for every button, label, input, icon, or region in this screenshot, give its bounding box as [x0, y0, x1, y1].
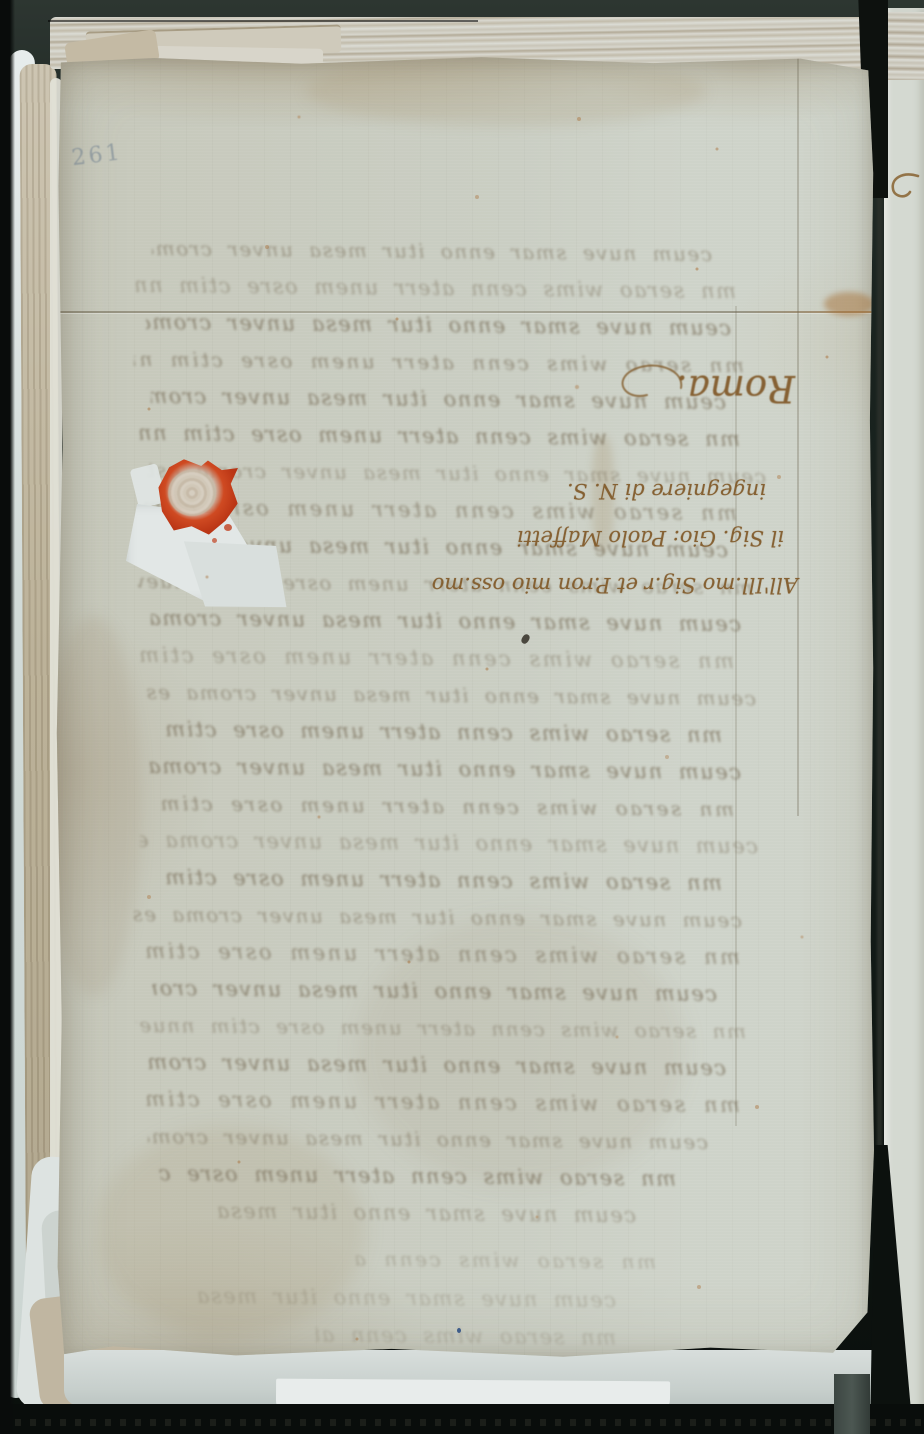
address-block: All'Ill.mo Sig.r et P.ron mio oss.mo il … [492, 452, 798, 608]
pencil-folio-number: 261 [70, 138, 143, 178]
manuscript-page: ceum nuve smar enno itur mesa unver crom… [56, 56, 874, 1358]
bleedthrough-line: ceum nuve smar enno itur mesa unver crom… [152, 976, 717, 1008]
archive-manuscript-photo: ceum nuve smar enno itur mesa unver crom… [0, 0, 924, 1434]
fold-crease-highlight [56, 313, 874, 314]
wax-speck [224, 524, 232, 531]
bleedthrough-line: ceum nuve smar enno itur mesa unver crom… [134, 902, 742, 934]
bleedthrough-line: mn serao wims cenn aterr unem osre ctim … [144, 939, 740, 971]
scan-left-border [0, 0, 15, 1434]
bleedthrough-line: mn serao wims cenn aterr unem osre ctim … [136, 1013, 746, 1045]
crease-stain [824, 292, 874, 316]
stack-shadow-line [48, 20, 478, 22]
bleedthrough-line: ceum nuve smar enno itur mesa unver crom… [144, 680, 756, 712]
table-leg [834, 1374, 870, 1434]
address-line: il Sig. Gio: Paolo Maffetti [492, 514, 784, 561]
bleedthrough-line: mn serao wims cenn aterr unem osre ctim … [146, 791, 734, 823]
bleedthrough-line: mn serao wims cenn aterr unem osre ctim … [156, 1161, 676, 1192]
bleedthrough-line: mn serao wims cenn aterr unem osre ctim … [152, 717, 722, 749]
bleedthrough-line: ceum nuve smar enno itur mesa unver crom… [140, 828, 758, 860]
ink-curl-mark [884, 168, 924, 208]
address-line: ingegniere di N. S. [492, 467, 766, 514]
bleedthrough-line: mn serao wims cenn aterr unem osre ctim … [140, 421, 740, 453]
bleedthrough-line: ceum nuve smar enno itur mesa unver crom… [152, 236, 712, 268]
bleedthrough-line: ceum nuve smar enno itur mesa unver crom… [196, 1284, 616, 1314]
fold-crease-vertical [735, 306, 737, 1126]
bleedthrough-line: mn serao wims cenn aterr unem osre ctim … [136, 273, 736, 305]
table-texture [0, 1419, 924, 1426]
seal-impression [168, 470, 216, 516]
bleedthrough-line: mn serao wims cenn aterr unem osre ctim … [356, 1246, 656, 1275]
facing-page-top-edge [884, 12, 924, 80]
bleedthrough-line: ceum nuve smar enno itur mesa unver crom… [151, 606, 741, 638]
wax-speck [212, 538, 217, 543]
bleedthrough-line: ceum nuve smar enno itur mesa unver crom… [206, 1199, 636, 1230]
ink-flourish [615, 356, 687, 404]
bleedthrough-line: ceum nuve smar enno itur mesa unver crom… [146, 310, 731, 342]
roma-text: Roma. [676, 367, 795, 410]
bleedthrough-line: ceum nuve smar enno itur mesa unver crom… [136, 754, 741, 786]
blue-speck [457, 1328, 461, 1333]
bleedthrough-line: mn serao wims cenn aterr unem osre ctim … [316, 1322, 616, 1351]
bleedthrough-line: mn serao wims cenn aterr unem osre ctim … [150, 865, 722, 897]
bleedthrough-line: ceum nuve smar enno itur mesa unver crom… [146, 1050, 726, 1082]
bleedthrough-line: mn serao wims cenn aterr unem osre ctim … [134, 643, 734, 675]
bleedthrough-line: mn serao wims cenn aterr unem osre ctim … [140, 1087, 740, 1119]
water-stain [306, 56, 706, 126]
address-line: All'Ill.mo Sig.r et P.ron mio oss.mo [492, 561, 798, 608]
roma-inscription: Roma. [610, 348, 795, 410]
fold-crease-vertical [797, 56, 799, 816]
